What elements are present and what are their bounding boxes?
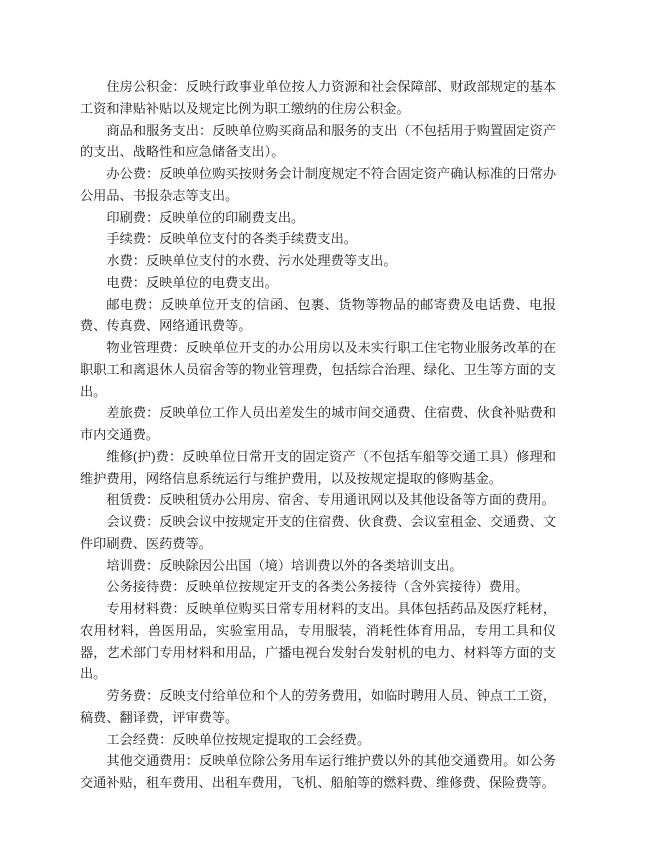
paragraph: 住房公积金：反映行政事业单位按人力资源和社会保障部、财政部规定的基本工资和津贴补… <box>80 76 556 120</box>
term: 电费： <box>106 275 146 290</box>
paragraph: 公务接待费：反映单位按规定开支的各类公务接待（含外宾接待）费用。 <box>80 576 556 598</box>
term: 其他交通费用： <box>106 753 199 768</box>
term: 会议费： <box>106 514 159 529</box>
term: 邮电费： <box>106 297 161 312</box>
definition: 反映单位按规定提取的工会经费。 <box>172 732 370 747</box>
paragraph: 水费：反映单位支付的水费、污水处理费等支出。 <box>80 250 556 272</box>
paragraph: 电费：反映单位的电费支出。 <box>80 272 556 294</box>
term: 维修(护)费： <box>106 449 182 464</box>
definition: 反映单位支付的各类手续费支出。 <box>159 231 357 246</box>
definition: 反映单位的电费支出。 <box>146 275 278 290</box>
paragraph: 租赁费：反映租赁办公用房、宿舍、专用通讯网以及其他设备等方面的费用。 <box>80 489 556 511</box>
definition: 反映单位的印刷费支出。 <box>159 210 304 225</box>
paragraph: 差旅费：反映单位工作人员出差发生的城市间交通费、住宿费、伙食补贴费和市内交通费。 <box>80 402 556 446</box>
term: 租赁费： <box>106 492 159 507</box>
paragraph: 办公费：反映单位购买按财务会计制度规定不符合固定资产确认标准的日常办公用品、书报… <box>80 163 556 207</box>
paragraph: 专用材料费：反映单位购买日常专用材料的支出。具体包括药品及医疗耗材，农用材料，兽… <box>80 598 556 685</box>
definition: 反映单位支付的水费、污水处理费等支出。 <box>146 253 397 268</box>
paragraph: 维修(护)费：反映单位日常开支的固定资产（不包括车船等交通工具）修理和维护费用，… <box>80 446 556 490</box>
paragraph: 培训费：反映除因公出国（境）培训费以外的各类培训支出。 <box>80 555 556 577</box>
term: 办公费： <box>106 166 159 181</box>
term: 商品和服务支出： <box>106 123 212 138</box>
term: 公务接待费： <box>106 579 185 594</box>
paragraph: 邮电费：反映单位开支的信函、包裹、货物等物品的邮寄费及电话费、电报费、传真费、网… <box>80 294 556 338</box>
document-page: 住房公积金：反映行政事业单位按人力资源和社会保障部、财政部规定的基本工资和津贴补… <box>0 0 652 844</box>
definition: 反映除因公出国（境）培训费以外的各类培训支出。 <box>159 558 462 573</box>
paragraph: 工会经费：反映单位按规定提取的工会经费。 <box>80 729 556 751</box>
definition: 反映租赁办公用房、宿舍、专用通讯网以及其他设备等方面的费用。 <box>159 492 555 507</box>
paragraph: 其他交通费用：反映单位除公务用车运行维护费以外的其他交通费用。如公务交通补贴，租… <box>80 750 556 794</box>
term: 手续费： <box>106 231 159 246</box>
paragraph: 劳务费：反映支付给单位和个人的劳务费用，如临时聘用人员、钟点工工资，稿费、翻译费… <box>80 685 556 729</box>
term: 住房公积金： <box>106 79 185 94</box>
term: 印刷费： <box>106 210 159 225</box>
paragraph: 印刷费：反映单位的印刷费支出。 <box>80 207 556 229</box>
term: 工会经费： <box>106 732 172 747</box>
term: 培训费： <box>106 558 159 573</box>
term: 物业管理费： <box>106 340 185 355</box>
definition: 反映单位按规定开支的各类公务接待（含外宾接待）费用。 <box>186 579 529 594</box>
paragraph: 物业管理费：反映单位开支的办公用房以及未实行职工住宅物业服务改革的在职职工和离退… <box>80 337 556 402</box>
paragraph: 手续费：反映单位支付的各类手续费支出。 <box>80 228 556 250</box>
document-body: 住房公积金：反映行政事业单位按人力资源和社会保障部、财政部规定的基本工资和津贴补… <box>80 76 556 794</box>
term: 差旅费： <box>106 405 159 420</box>
term: 劳务费： <box>106 688 159 703</box>
term: 水费： <box>106 253 146 268</box>
paragraph: 商品和服务支出：反映单位购买商品和服务的支出（不包括用于购置固定资产的支出、战略… <box>80 120 556 164</box>
paragraph: 会议费：反映会议中按规定开支的住宿费、伙食费、会议室租金、交通费、文件印刷费、医… <box>80 511 556 555</box>
term: 专用材料费： <box>106 601 185 616</box>
